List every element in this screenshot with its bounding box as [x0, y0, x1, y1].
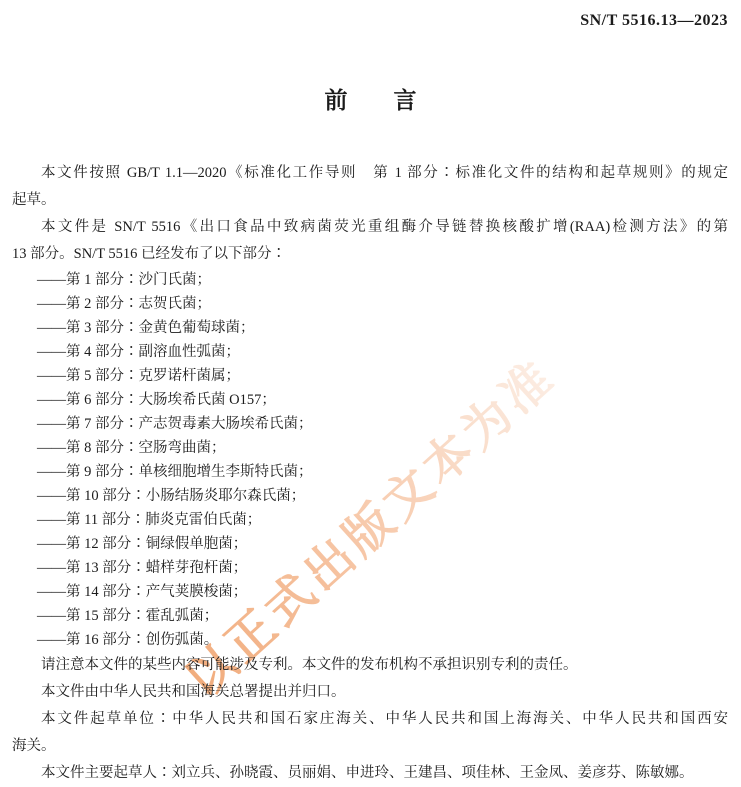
paragraph-drafting-units: 本文件起草单位∶中华人民共和国石家庄海关、中华人民共和国上海海关、中华人民共和国…: [12, 706, 728, 760]
paragraph-line: 请注意本文件的某些内容可能涉及专利。本文件的发布机构不承担识别专利的责任。: [12, 652, 728, 679]
doc-number: SN/T 5516.13—2023: [0, 10, 728, 32]
parts-list-item: ——第 7 部分∶产志贺毒素大肠埃希氏菌；: [37, 412, 728, 436]
foreword-content: 本文件按照 GB/T 1.1—2020《标准化工作导则 第 1 部分∶标准化文件…: [12, 160, 728, 787]
paragraph-line: 本文件主要起草人∶刘立兵、孙晓霞、员丽娟、申进玲、王建昌、项佳林、王金凤、姜彦芬…: [12, 760, 728, 787]
parts-list-item: ——第 9 部分∶单核细胞增生李斯特氏菌；: [37, 460, 728, 484]
paragraph-line: 本文件起草单位∶中华人民共和国石家庄海关、中华人民共和国上海海关、中华人民共和国…: [12, 706, 728, 733]
paragraph-line: 起草。: [12, 187, 728, 214]
paragraph-drafters: 本文件主要起草人∶刘立兵、孙晓霞、员丽娟、申进玲、王建昌、项佳林、王金凤、姜彦芬…: [12, 760, 728, 787]
paragraph-line: 13 部分。SN/T 5516 已经发布了以下部分∶: [12, 241, 728, 268]
parts-list-item: ——第 15 部分∶霍乱弧菌；: [37, 604, 728, 628]
page-title: 前 言: [0, 88, 741, 114]
parts-list-item: ——第 14 部分∶产气荚膜梭菌；: [37, 580, 728, 604]
parts-list-item: ——第 11 部分∶肺炎克雷伯氏菌；: [37, 508, 728, 532]
parts-list-item: ——第 13 部分∶蜡样芽孢杆菌；: [37, 556, 728, 580]
paragraph-proposed-by: 本文件由中华人民共和国海关总署提出并归口。: [12, 679, 728, 706]
paragraph-patent-notice: 请注意本文件的某些内容可能涉及专利。本文件的发布机构不承担识别专利的责任。: [12, 652, 728, 679]
parts-list-item: ——第 4 部分∶副溶血性弧菌；: [37, 340, 728, 364]
paragraph-series-intro: 本文件是 SN/T 5516《出口食品中致病菌荧光重组酶介导链替换核酸扩增(RA…: [12, 214, 728, 268]
parts-list-item: ——第 3 部分∶金黄色葡萄球菌；: [37, 316, 728, 340]
paragraph-line: 本文件按照 GB/T 1.1—2020《标准化工作导则 第 1 部分∶标准化文件…: [12, 160, 728, 187]
parts-list: ——第 1 部分∶沙门氏菌； ——第 2 部分∶志贺氏菌； ——第 3 部分∶金…: [12, 268, 728, 652]
parts-list-item: ——第 8 部分∶空肠弯曲菌；: [37, 436, 728, 460]
parts-list-item: ——第 12 部分∶铜绿假单胞菌；: [37, 532, 728, 556]
paragraph-line: 本文件是 SN/T 5516《出口食品中致病菌荧光重组酶介导链替换核酸扩增(RA…: [12, 214, 728, 241]
paragraph-drafting-rules: 本文件按照 GB/T 1.1—2020《标准化工作导则 第 1 部分∶标准化文件…: [12, 160, 728, 214]
paragraph-line: 海关。: [12, 733, 728, 760]
parts-list-item: ——第 10 部分∶小肠结肠炎耶尔森氏菌；: [37, 484, 728, 508]
parts-list-item: ——第 16 部分∶创伤弧菌。: [37, 628, 728, 652]
parts-list-item: ——第 2 部分∶志贺氏菌；: [37, 292, 728, 316]
parts-list-item: ——第 1 部分∶沙门氏菌；: [37, 268, 728, 292]
parts-list-item: ——第 6 部分∶大肠埃希氏菌 O157；: [37, 388, 728, 412]
document-page: 以正式出版文本为准 SN/T 5516.13—2023 前 言 本文件按照 GB…: [0, 0, 741, 787]
paragraph-line: 本文件由中华人民共和国海关总署提出并归口。: [12, 679, 728, 706]
parts-list-item: ——第 5 部分∶克罗诺杆菌属；: [37, 364, 728, 388]
